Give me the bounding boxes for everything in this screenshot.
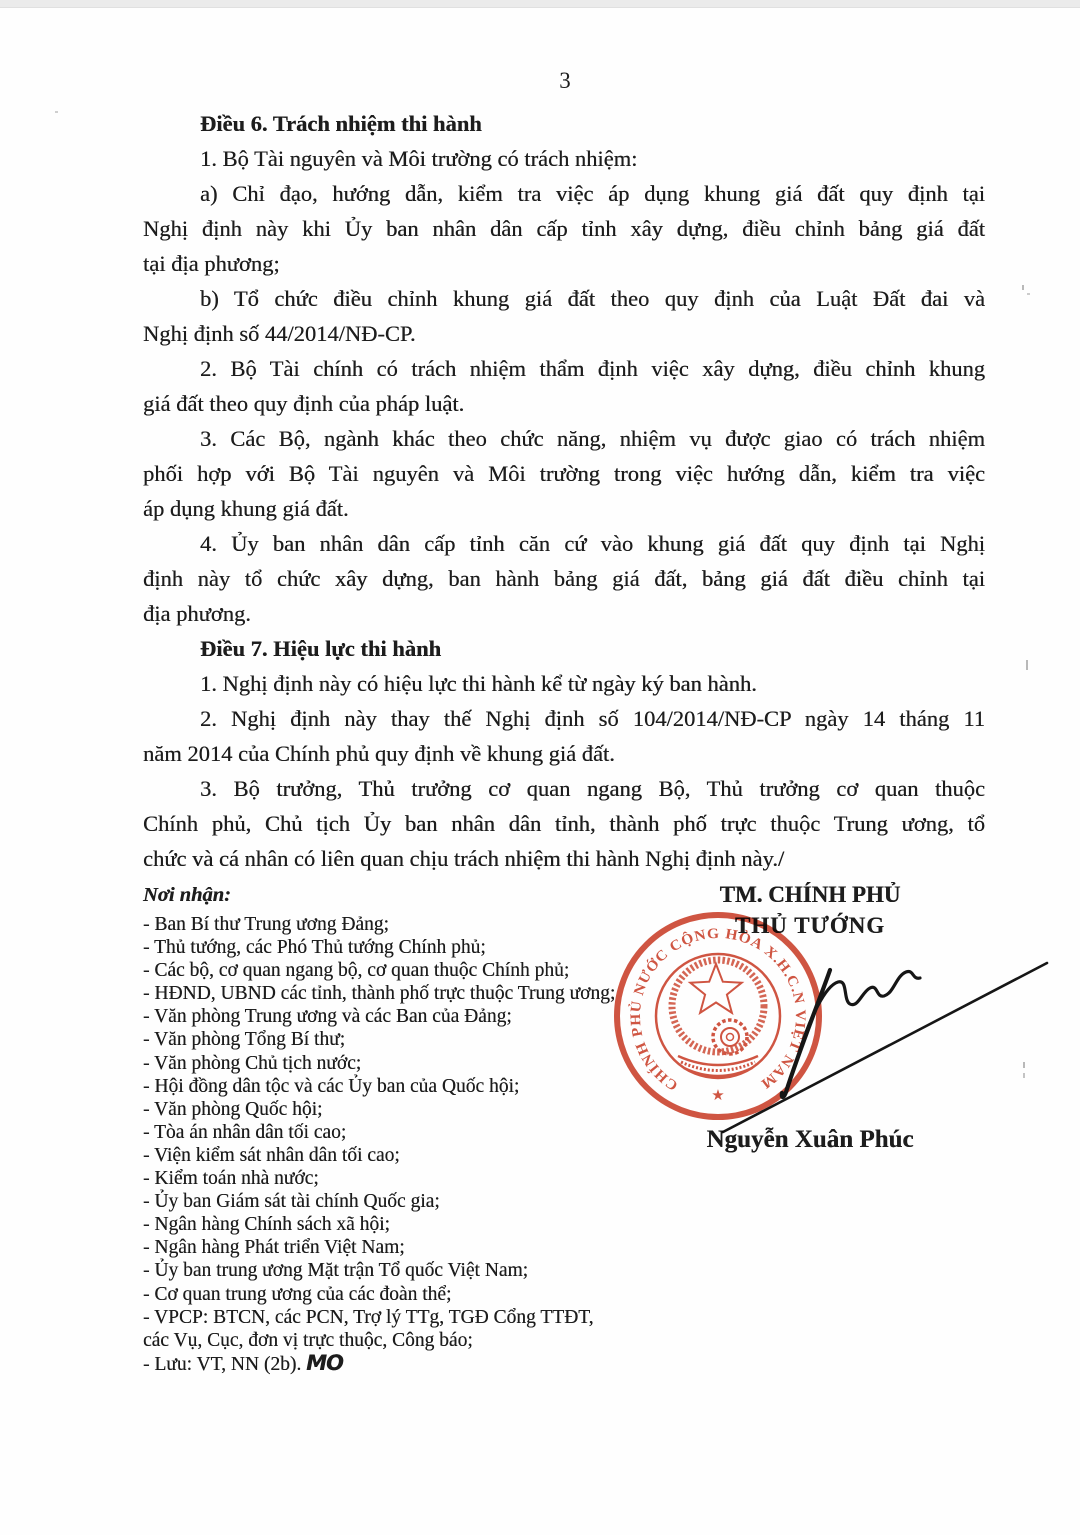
body-line: chức và cá nhân có liên quan chịu trách … (143, 841, 985, 876)
recipient-item: - Văn phòng Chủ tịch nước; (143, 1052, 663, 1075)
recipient-item: - Ủy ban trung ương Mặt trận Tổ quốc Việ… (143, 1259, 663, 1282)
recipient-item: - HĐND, UBND các tỉnh, thành phố trực th… (143, 982, 663, 1005)
recipient-item: - Ủy ban Giám sát tài chính Quốc gia; (143, 1190, 663, 1213)
handwritten-initials: MO (306, 1351, 343, 1375)
body-line: 2. Bộ Tài chính có trách nhiệm thẩm định… (143, 351, 985, 386)
emblem-star (690, 964, 741, 1013)
decree-body: Điều 6. Trách nhiệm thi hành1. Bộ Tài ng… (143, 106, 985, 876)
body-line: a) Chỉ đạo, hướng dẫn, kiểm tra việc áp … (143, 176, 985, 211)
body-line: giá đất theo quy định của pháp luật. (143, 386, 985, 421)
scan-edge-artifact (0, 0, 1080, 8)
body-line: định này tổ chức xây dựng, ban hành bảng… (143, 561, 985, 596)
recipient-item: - Văn phòng Trung ương và các Ban của Đả… (143, 1005, 663, 1028)
body-line: 3. Các Bộ, ngành khác theo chức năng, nh… (143, 421, 985, 456)
recipients-list: - Ban Bí thư Trung ương Đảng;- Thủ tướng… (143, 913, 663, 1376)
body-line: địa phương. (143, 596, 985, 631)
recipient-item: - Văn phòng Tổng Bí thư; (143, 1028, 663, 1051)
body-line: Nghị định này khi Ủy ban nhân dân cấp tỉ… (143, 211, 985, 246)
recipient-item: - Hội đồng dân tộc và các Ủy ban của Quố… (143, 1075, 663, 1098)
body-line: Nghị định số 44/2014/NĐ-CP. (143, 316, 985, 351)
body-line: tại địa phương; (143, 246, 985, 281)
scan-artifact (1027, 293, 1030, 295)
body-line: năm 2014 của Chính phủ quy định về khung… (143, 736, 985, 771)
recipient-item: - Ban Bí thư Trung ương Đảng; (143, 913, 663, 936)
body-line: b) Tổ chức điều chỉnh khung giá đất theo… (143, 281, 985, 316)
article-heading: Điều 7. Hiệu lực thi hành (143, 631, 985, 666)
recipient-item: - Kiểm toán nhà nước; (143, 1167, 663, 1190)
scan-artifact (55, 111, 58, 113)
recipient-item: - Văn phòng Quốc hội; (143, 1098, 663, 1121)
article-heading: Điều 6. Trách nhiệm thi hành (143, 106, 985, 141)
luu-line-text: - Lưu: VT, NN (2b). (143, 1354, 306, 1375)
page-number: 3 (0, 68, 1080, 94)
recipients-title: Nơi nhận: (143, 884, 663, 907)
recipient-item: - Ngân hàng Phát triển Việt Nam; (143, 1236, 663, 1259)
scan-artifact (1022, 285, 1024, 290)
recipient-item: các Vụ, Cục, đơn vị trực thuộc, Công báo… (143, 1329, 663, 1352)
body-line: Chính phủ, Chủ tịch Ủy ban nhân dân tỉnh… (143, 806, 985, 841)
body-line: 2. Nghị định này thay thế Nghị định số 1… (143, 701, 985, 736)
body-line: 1. Bộ Tài nguyên và Môi trường có trách … (143, 141, 985, 176)
body-line: phối hợp với Bộ Tài nguyên và Môi trường… (143, 456, 985, 491)
seal-star-icon: ★ (711, 1088, 724, 1104)
recipient-item: - Lưu: VT, NN (2b). MO (143, 1352, 663, 1376)
recipient-item: - Ngân hàng Chính sách xã hội; (143, 1213, 663, 1236)
recipients-block: Nơi nhận: - Ban Bí thư Trung ương Đảng;-… (143, 884, 663, 1376)
body-line: áp dụng khung giá đất. (143, 491, 985, 526)
recipient-item: - Các bộ, cơ quan ngang bộ, cơ quan thuộ… (143, 959, 663, 982)
recipient-item: - Tòa án nhân dân tối cao; (143, 1121, 663, 1144)
scan-artifact (1026, 660, 1028, 670)
recipient-item: - Thủ tướng, các Phó Thủ tướng Chính phủ… (143, 936, 663, 959)
seal-and-signature: CHÍNH PHỦ NƯỚC CỘNG HÒA X.H.C.N VIỆT NAM… (600, 878, 1060, 1188)
body-line: 3. Bộ trưởng, Thủ trưởng cơ quan ngang B… (143, 771, 985, 806)
scan-artifact (1023, 1062, 1025, 1068)
scan-artifact (1023, 1073, 1025, 1078)
document-page: 3 Điều 6. Trách nhiệm thi hành1. Bộ Tài … (0, 0, 1080, 1535)
body-line: 1. Nghị định này có hiệu lực thi hành kể… (143, 666, 985, 701)
body-line: 4. Ủy ban nhân dân cấp tỉnh căn cứ vào k… (143, 526, 985, 561)
recipient-item: - VPCP: BTCN, các PCN, Trợ lý TTg, TGĐ C… (143, 1306, 663, 1329)
recipient-item: - Cơ quan trung ương của các đoàn thể; (143, 1283, 663, 1306)
recipient-item: - Viện kiểm sát nhân dân tối cao; (143, 1144, 663, 1167)
